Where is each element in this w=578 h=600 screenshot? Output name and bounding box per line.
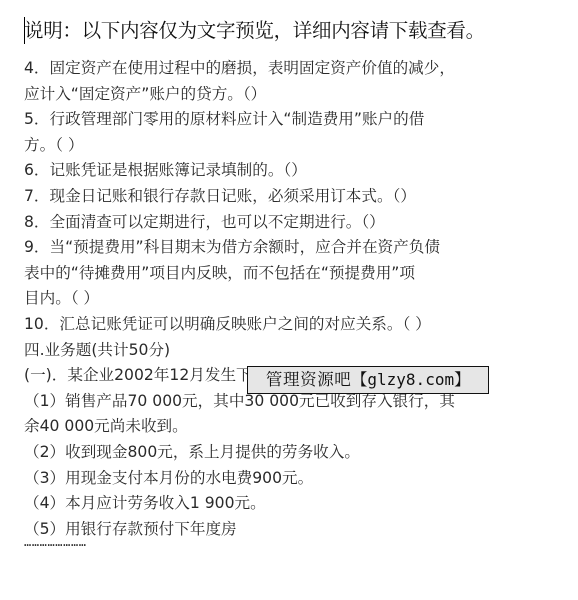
question-9-line-3: 目内。（ ） xyxy=(24,286,554,312)
watermark-banner: 管理资源吧【glzy8.com】 xyxy=(247,366,489,394)
item-1-line-2: 余40 000元尚未收到。 xyxy=(24,414,554,440)
question-10: 10．汇总记账凭证可以明确反映账户之间的对应关系。（ ） xyxy=(24,312,554,338)
continuation-ellipsis: …………………… xyxy=(24,535,87,549)
section-heading: 四.业务题(共计50分) xyxy=(24,338,554,364)
question-9-line-1: 9．当“预提费用”科目期末为借方余额时，应合并在资产负债 xyxy=(24,235,554,261)
question-7: 7．现金日记账和银行存款日记账，必须采用订本式。（） xyxy=(24,184,554,210)
item-3: （3）用现金支付本月份的水电费900元。 xyxy=(24,466,554,492)
watermark-url: 【glzy8.com】 xyxy=(351,370,470,389)
preview-notice: 说明：以下内容仅为文字预览，详细内容请下载查看。 xyxy=(24,17,485,45)
question-9-line-2: 表中的“待摊费用”项目内反映，而不包括在“预提费用”项 xyxy=(24,261,554,287)
question-6: 6．记账凭证是根据账簿记录填制的。（） xyxy=(24,158,554,184)
question-5-line-1: 5．行政管理部门零用的原材料应计入“制造费用”账户的借 xyxy=(24,107,554,133)
item-4: （4）本月应计劳务收入1 900元。 xyxy=(24,491,554,517)
watermark-label: 管理资源吧 xyxy=(266,370,352,389)
question-4-line-1: 4．固定资产在使用过程中的磨损，表明固定资产价值的减少， xyxy=(24,56,554,82)
question-5-line-2: 方。（ ） xyxy=(24,133,554,159)
document-body: 4．固定资产在使用过程中的磨损，表明固定资产价值的减少， 应计入“固定资产”账户… xyxy=(24,56,554,542)
question-8: 8．全面清查可以定期进行，也可以不定期进行。（） xyxy=(24,210,554,236)
question-4-line-2: 应计入“固定资产”账户的贷方。（） xyxy=(24,82,554,108)
item-5: （5）用银行存款预付下年度房 xyxy=(24,517,554,543)
item-2: （2）收到现金800元，系上月提供的劳务收入。 xyxy=(24,440,554,466)
